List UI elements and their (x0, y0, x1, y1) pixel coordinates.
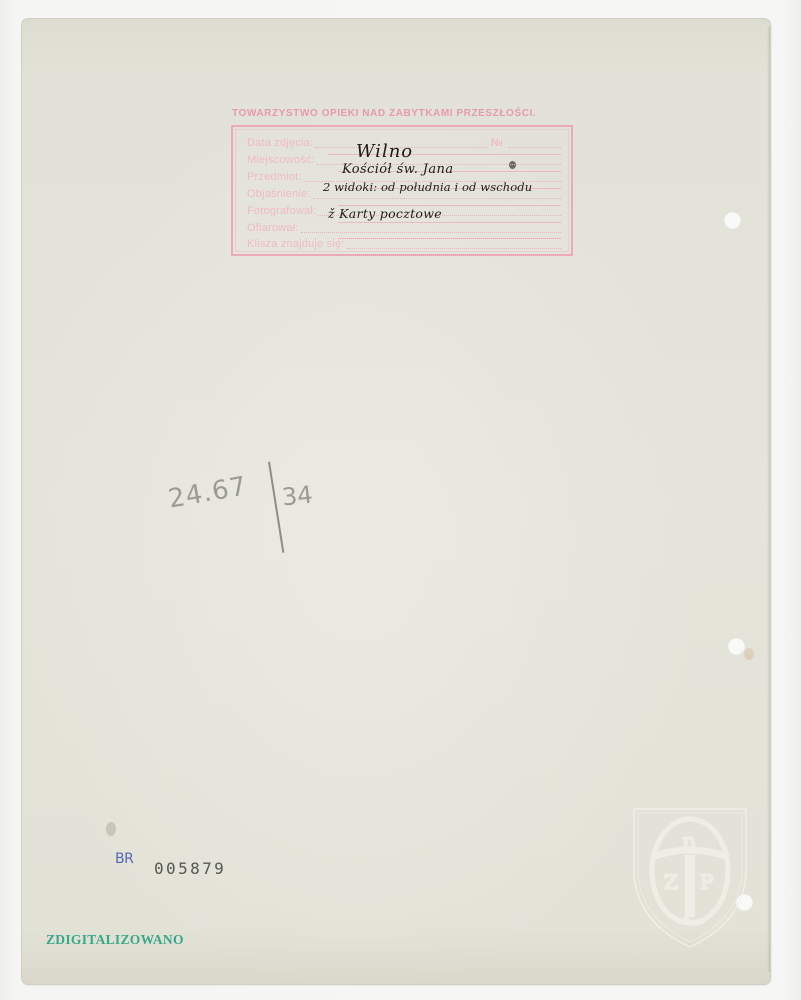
pencil-note-right: 34 (281, 480, 314, 511)
handwritten-location: Wilno (356, 141, 413, 162)
svg-text:n: n (682, 830, 696, 855)
rust-stain (744, 648, 754, 660)
field-dotted-line (301, 231, 561, 233)
field-label: Miejscowość: (247, 154, 315, 166)
svg-text:Z: Z (664, 870, 678, 894)
field-label: Klisza znajduje się: (247, 238, 345, 250)
shield-monogram-icon: n Z P (630, 805, 750, 950)
smudge (106, 822, 116, 836)
field-label: Fotografował: (247, 205, 316, 217)
stamp-title: TOWARZYSTWO OPIEKI NAD ZABYTKAMI PRZESZŁ… (232, 107, 578, 119)
field-label: Data zdjęcia: (247, 137, 313, 149)
card-edge-shadow (767, 27, 770, 972)
handwritten-donor: ž Karty pocztowe (328, 206, 442, 221)
field-dotted-line (347, 247, 561, 249)
handwritten-subject: Kościół św. Jana (342, 162, 453, 177)
handwritten-description: 2 widoki: od południa i od wschodu (323, 180, 532, 194)
punch-hole-middle (728, 638, 745, 655)
field-dotted-line (509, 146, 561, 148)
svg-text:P: P (700, 870, 713, 894)
inventory-number: 005879 (154, 859, 226, 878)
number-mark: № (491, 137, 503, 149)
field-dotted-line (313, 197, 561, 199)
digitized-stamp: ZDIGITALIZOWANO (46, 932, 184, 948)
field-label: Objaśnienie: (247, 188, 311, 200)
field-negative-location: Klisza znajduje się: (247, 236, 561, 250)
signature-mark: BR (115, 851, 133, 867)
punch-hole-top (724, 212, 741, 229)
field-donor: Ofiarował: (247, 220, 561, 234)
field-label: Przedmiot: (247, 171, 302, 183)
field-label: Ofiarował: (247, 222, 299, 234)
